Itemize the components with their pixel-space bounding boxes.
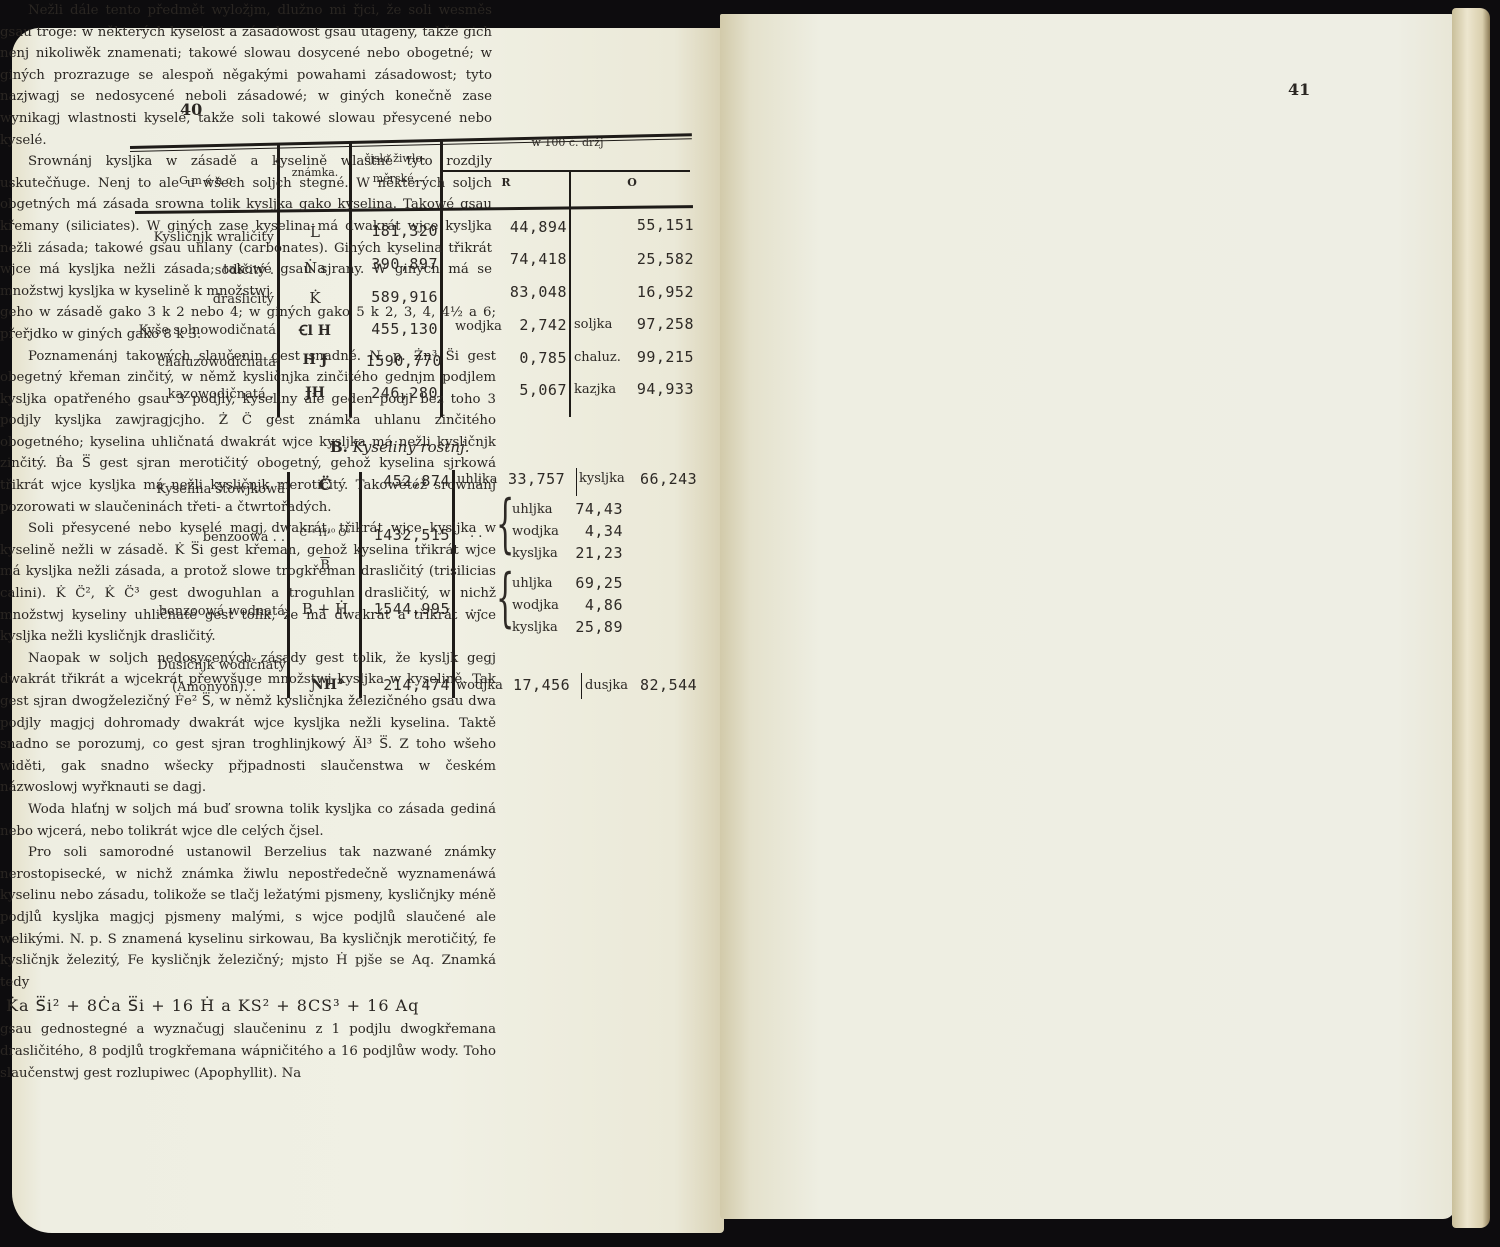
paragraph: Poznamenánj takowých slaučenin gest snad…: [0, 346, 496, 519]
row-o: 97,258: [572, 315, 694, 333]
row-o: 25,582: [572, 250, 694, 268]
page-edges: [1452, 8, 1490, 1228]
composition-value: 4,34: [555, 522, 623, 540]
paragraph: geho w zásadě gako 3 k 2 nebo 4; w ginýc…: [0, 302, 496, 345]
row-o: 94,933: [572, 380, 694, 398]
composition-value: 4,86: [555, 596, 623, 614]
row-o: 66,243: [640, 470, 697, 488]
composition-value: 69,25: [555, 574, 623, 592]
composition-label: wodjka: [512, 598, 559, 613]
row-o-label: dusjka: [585, 678, 628, 693]
composition-label: uhljka: [512, 502, 553, 517]
row-r: 17,456: [513, 676, 570, 694]
composition-label: uhljka: [512, 576, 553, 591]
row-o: 55,151: [572, 216, 694, 234]
left-body-text: Nežli dále tento předmět wyložjm, dlužno…: [0, 0, 492, 302]
composition-label: wodjka: [512, 524, 559, 539]
row-o: 16,952: [572, 283, 694, 301]
paragraph: Woda hlaťnj w soljch má buď srowna tolik…: [0, 799, 496, 842]
right-page: [720, 14, 1455, 1219]
page-number-right: 41: [1288, 80, 1310, 99]
row-o-label: kysljka: [579, 471, 625, 486]
composition-label: kysljka: [512, 546, 558, 561]
row-o: 99,215: [572, 348, 694, 366]
mineral-formula: K̇a S⃛i² + 8Ċa S⃛i + 16 Ḣ a KS² + 8CS³ +…: [0, 993, 496, 1019]
right-body-text: geho w zásadě gako 3 k 2 nebo 4; w ginýc…: [0, 302, 496, 1084]
paragraph: Naopak w soljch nedosycených zásady gest…: [0, 648, 496, 799]
row-o: 82,544: [640, 676, 697, 694]
row-r: 33,757: [508, 470, 565, 488]
paragraph: Pro soli samorodné ustanowil Berzelius t…: [0, 842, 496, 993]
b-col-divider-4: [576, 468, 577, 496]
composition-value: 21,23: [555, 544, 623, 562]
paragraph: Soli přesycené nebo kyselé magj dwakrát,…: [0, 518, 496, 648]
composition-value: 74,43: [555, 500, 623, 518]
composition-value: 25,89: [555, 618, 623, 636]
paragraph: Srownánj kysljka w zásadě a kyselině wla…: [0, 151, 492, 302]
paragraph: gsau gednostegné a wyznačugj slaučeninu …: [0, 1019, 496, 1084]
header-o: O: [572, 176, 692, 189]
composition-label: kysljka: [512, 620, 558, 635]
col-divider-4: [569, 172, 571, 417]
b-col-divider-5: [581, 673, 582, 699]
paragraph: Nežli dále tento předmět wyložjm, dlužno…: [0, 0, 492, 151]
